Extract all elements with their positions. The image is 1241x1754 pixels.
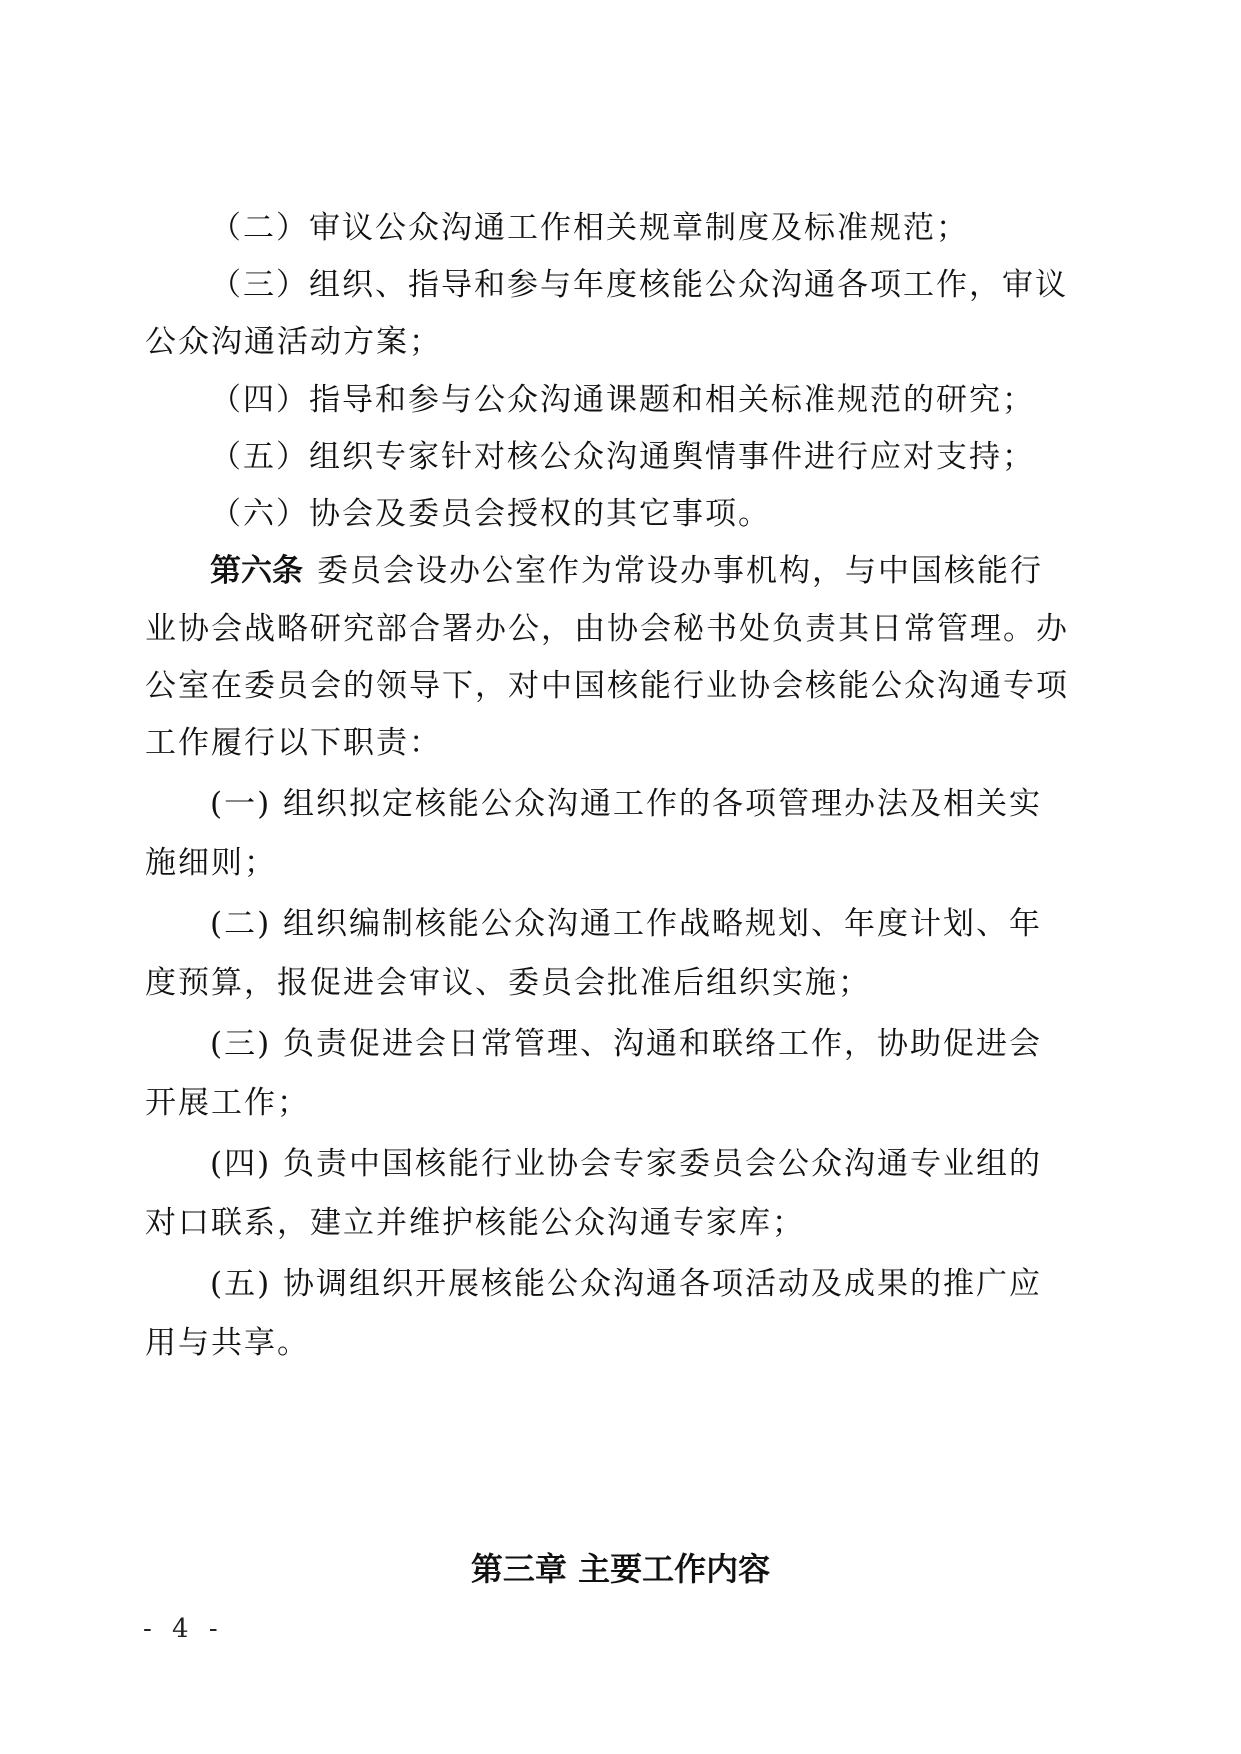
duty-2: (二) 组织编制核能公众沟通工作战略规划、年度计划、年: [210, 904, 1145, 944]
duty-4-continued: 对口联系，建立并维护核能公众沟通专家库；: [145, 1203, 1080, 1243]
list-item-5: （五）组织专家针对核公众沟通舆情事件进行应对支持；: [210, 437, 1145, 477]
article-6-line-3: 公室在委员会的领导下，对中国核能行业协会核能公众沟通专项: [145, 666, 1080, 706]
list-item-3-continued: 公众沟通活动方案；: [145, 322, 1080, 362]
article-6-line-4: 工作履行以下职责：: [145, 723, 1080, 763]
list-item-4: （四）指导和参与公众沟通课题和相关标准规范的研究；: [210, 380, 1145, 420]
page-number: - 4 -: [143, 1614, 224, 1644]
duty-3-continued: 开展工作；: [145, 1083, 1080, 1123]
article-6-line-2: 业协会战略研究部合署办公，由协会秘书处负责其日常管理。办: [145, 609, 1080, 649]
duty-2-continued: 度预算，报促进会审议、委员会批准后组织实施；: [145, 963, 1080, 1003]
duty-5-continued: 用与共享。: [145, 1323, 1080, 1363]
duty-1-continued: 施细则；: [145, 843, 1080, 883]
duty-1: (一) 组织拟定核能公众沟通工作的各项管理办法及相关实: [210, 784, 1145, 824]
article-6-label: 第六条: [210, 553, 303, 589]
article-6-first-line: 委员会设办公室作为常设办事机构，与中国核能行: [317, 553, 1043, 589]
duty-4: (四) 负责中国核能行业协会专家委员会公众沟通专业组的: [210, 1144, 1145, 1184]
chapter-heading: 第三章 主要工作内容: [0, 1549, 1241, 1589]
article-6-paragraph: 第六条委员会设办公室作为常设办事机构，与中国核能行: [210, 551, 1145, 591]
list-item-3: （三）组织、指导和参与年度核能公众沟通各项工作，审议: [210, 265, 1145, 305]
duty-5: (五) 协调组织开展核能公众沟通各项活动及成果的推广应: [210, 1264, 1145, 1304]
document-page: （二）审议公众沟通工作相关规章制度及标准规范； （三）组织、指导和参与年度核能公…: [0, 0, 1241, 1754]
duty-3: (三) 负责促进会日常管理、沟通和联络工作，协助促进会: [210, 1024, 1145, 1064]
list-item-2: （二）审议公众沟通工作相关规章制度及标准规范；: [210, 208, 1145, 248]
list-item-6: （六）协会及委员会授权的其它事项。: [210, 494, 1145, 534]
